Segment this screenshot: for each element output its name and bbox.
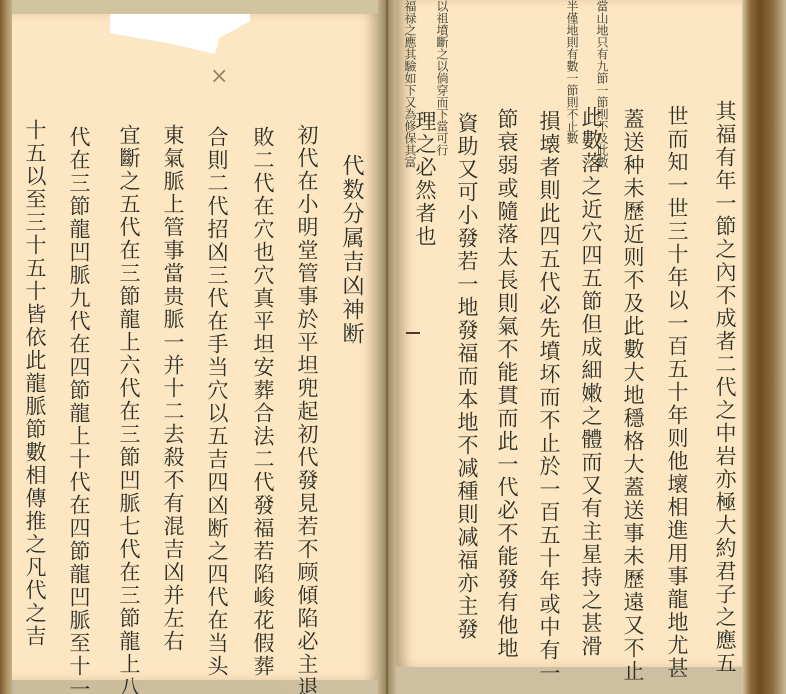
- right-binding-edge: [742, 0, 786, 694]
- left-column-7: 十五以至三十五十皆依此龍脈節數相傳推之凡代之吉: [24, 119, 45, 648]
- left-column-6: 代在三節龍凹脈九代在四節龍上十代在四節龍凹脈至十一: [68, 126, 89, 694]
- left-column-2: 敗二代在穴也穴真平坦安葬合法二代發福若陷峻花假葬: [252, 126, 273, 678]
- right-column-3: 蓋送种未歷近则不及此數大地穩格大蓋送事未歷遠又不止: [622, 108, 643, 683]
- right-column-7: 資助又可小發若一地發福而本地不减種則减福亦主發: [456, 112, 477, 641]
- right-column-4: 此數落之近穴四五節但成細嫩之體而又有主星持之甚滑: [580, 106, 601, 658]
- right-column-5: 損壊者則此四五代必先墳坏而不止於一百五十年或中有一: [538, 110, 559, 685]
- cross-mark-icon: ×: [210, 64, 228, 89]
- right-column-2: 世而知一世三十年以一百五十年则他壞相進用事龍地尤甚: [666, 105, 687, 680]
- left-column-1: 初代在小明堂管事於平坦兜起初代發見若不顾傾陷必主退: [296, 124, 317, 694]
- margin-tick-mark: [406, 332, 420, 334]
- right-column-6: 節衰弱或隨落太長則氣不能貫而此一代必不能發有他地: [496, 108, 517, 660]
- annotation-3: 以祖墳斷之以倘穿而下當可行: [436, 0, 448, 156]
- left-column-5: 宜斷之五代在三節龍上六代在三節凹脈七代在三節龍上八: [118, 124, 139, 694]
- left-page-title: 代数分属吉凶神断: [340, 154, 362, 346]
- left-column-4: 東氣脈上管事當贵脈一并十二去殺不有混吉凶并左右: [162, 124, 183, 653]
- book-gutter: [378, 0, 396, 694]
- right-column-8: 理之必然者也: [414, 110, 435, 248]
- annotation-2: 半僅地則有數一節則不止數: [566, 0, 578, 144]
- left-column-3: 合則二代招凶三代在手当穴以五吉四凶断之四代在当头: [206, 126, 227, 678]
- right-column-1: 其福有年一節之內不成者二代之中岩亦極大約君子之應五: [714, 100, 735, 675]
- left-page: × 代数分属吉凶神断 初代在小明堂管事於平坦兜起初代發見若不顾傾陷必主退 敗二代…: [12, 14, 378, 680]
- right-page: 當山地只有九節一節則不及此數 半僅地則有數一節則不止數 以祖墳斷之以倘穿而下當可…: [396, 0, 742, 667]
- left-page-top-margin: [12, 0, 378, 14]
